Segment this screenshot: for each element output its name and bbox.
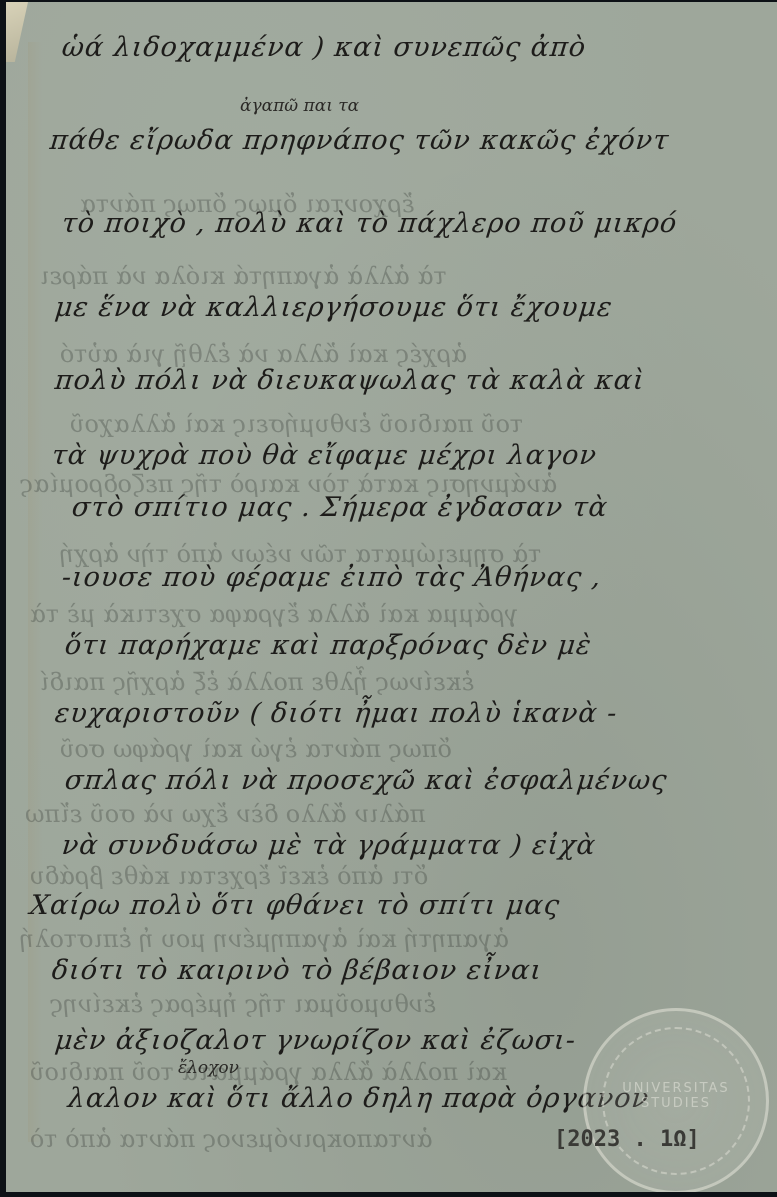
bleed-through-line: γράμμα καὶ ἄλλα ἔγραφα σχετικὰ μὲ τὰ xyxy=(29,600,521,628)
handwritten-line: ὅτι παρήχαμε καὶ παρξρόνας δὲν μὲ xyxy=(63,630,593,661)
handwritten-line: πολὺ πόλι νὰ διευκαψωλας τὰ καλὰ καὶ xyxy=(53,365,646,396)
handwritten-line: τὸ ποιχὸ , πολὺ καὶ τὸ πάχλερο ποῦ μικρό xyxy=(60,208,679,239)
archive-number: [2023 . 1Ω] xyxy=(554,1127,700,1152)
bleed-through-line: ἀγαπητή καὶ ἀγαπημένη μου ἡ ἐπιστολή xyxy=(19,925,511,953)
handwritten-line: πάθε εἴρωδα πρηφνάπος τῶν κακῶς ἐχόντ xyxy=(48,125,670,156)
bleed-through-line: τοῦ παιδιοῦ ἐνθυμήσεις καὶ ἀλλαχοῦ xyxy=(69,410,525,438)
seal-text: UNIVERSITAS STUDIES xyxy=(586,1081,766,1111)
handwritten-line: νὰ συνδυάσω μὲ τὰ γράμματα ) εἰχὰ xyxy=(60,830,597,861)
bleed-through-line: ὅπως πάντα ἐγώ καὶ γράφω σοῦ xyxy=(59,735,454,763)
scan-border-bottom xyxy=(0,1192,777,1197)
bleed-through-line: ἐνθυμοῦμαι τῆς ἡμέρας ἐκείνης xyxy=(49,990,438,1018)
archive-seal: UNIVERSITAS STUDIES xyxy=(583,1008,769,1194)
handwritten-line: στὸ σπίτιο μας . Σήμερα ἐγδασαν τὰ xyxy=(70,492,609,523)
bleed-through-line: ἐκείνως ἦλθε πολλὰ ἐξ ἀρχῆς παιδί xyxy=(39,668,476,696)
paper-stain xyxy=(28,42,42,1142)
bleed-through-line: ἀνταποκρινόμενος πάντα ἀπὸ τὸ xyxy=(29,1125,435,1153)
handwritten-line: με ἕνα νὰ καλλιεργήσουμε ὅτι ἔχουμε xyxy=(53,292,614,323)
handwritten-line: μὲν ἀξιοζαλοτ γνωρίζον καὶ ἐζωσι- xyxy=(53,1025,577,1056)
bleed-through-line: καὶ πολλὰ ἄλλα γράμματα τοῦ παιδιοῦ xyxy=(29,1058,509,1086)
bleed-through-line: ἀρχές καὶ ἄλλα νὰ ἐλθῇ γιὰ αὐτό xyxy=(59,340,469,368)
handwritten-line: λαλον καὶ ὅτι ἄλλο δηλη παρὰ ὀργανον xyxy=(66,1083,650,1114)
handwritten-line: ευχαριστοῦν ( διότι ἦμαι πολὺ ἱκανὰ - xyxy=(53,698,619,729)
bleed-through-line: ὅτι ἀπὸ ἐκεῖ ἔρχεται κάθε βράδυ xyxy=(29,862,430,890)
interlinear-note: ἔλοχον xyxy=(178,1058,239,1078)
handwritten-line: -ιουσε ποὺ φέραμε ἐιπὸ τὰς Ἀθήνας , xyxy=(60,562,603,593)
bleed-through-line: πάλιν ἄλλο δὲν ἔχω νὰ σοῦ εἴπω xyxy=(24,800,428,828)
handwritten-line: σπλας πόλι νὰ προσεχῶ καὶ ἐσφαλμένως xyxy=(63,765,669,796)
handwritten-line: Χαίρω πολὺ ὅτι φθάνει τὸ σπίτι μας xyxy=(28,890,561,921)
bleed-through-line: τὰ ἀλλὰ ἀγαπητά κιόλα νὰ πάρει xyxy=(39,262,449,290)
interlinear-note: ἀγαπῶ παι τα xyxy=(240,96,359,116)
handwritten-line: τὰ ψυχρὰ ποὺ θὰ εἴφαμε μέχρι λαγον xyxy=(50,440,598,471)
handwritten-line: ὡά λιδοχαμμένα ) καὶ συνεπῶς ἀπὸ xyxy=(60,32,587,63)
handwritten-line: διότι τὸ καιρινὸ τὸ βέβαιον εἶναι xyxy=(50,955,543,986)
